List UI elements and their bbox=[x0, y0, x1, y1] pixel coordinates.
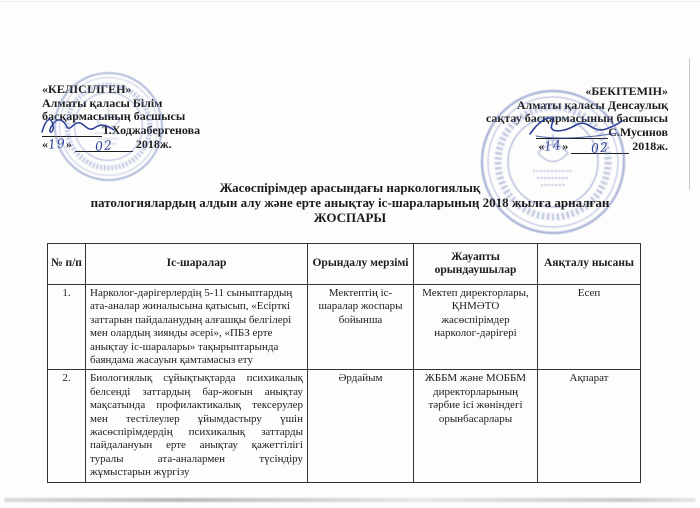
signature-line: Т.Ходжабергенова bbox=[42, 124, 200, 138]
title-line: ЖОСПАРЫ bbox=[0, 211, 700, 226]
signature-line: С.Мусинов bbox=[486, 126, 668, 140]
handwritten-day: 14 bbox=[544, 138, 563, 153]
month-blank: 02 bbox=[75, 139, 133, 152]
signer-name: Т.Ходжабергенова bbox=[102, 123, 200, 137]
approval-status-agreed: «КЕЛІСІЛГЕН» bbox=[42, 83, 200, 97]
date-line: «14» 02 2018ж. bbox=[486, 139, 668, 154]
scan-edge-artifact bbox=[4, 498, 696, 502]
year-label: 2018ж. bbox=[136, 137, 172, 151]
scan-edge-artifact bbox=[0, 1, 700, 2]
date-line: «19» 02 2018ж. bbox=[42, 137, 200, 152]
scanned-document-page: «КЕЛІСІЛГЕН» Алматы қаласы Білім басқарм… bbox=[0, 0, 700, 508]
form-cell: Ақпарат bbox=[538, 370, 641, 482]
header-cell-form: Аяқталу нысаны bbox=[538, 244, 641, 285]
signer-name: С.Мусинов bbox=[608, 125, 668, 139]
signature-blank bbox=[42, 124, 102, 137]
org-name-line: сақтау басқармасының басшысы bbox=[486, 112, 668, 126]
signature-blank bbox=[536, 126, 608, 139]
table-row: 2. Биологиялық сұйықтықтарда психикалық … bbox=[48, 370, 641, 482]
approval-status-approved: «БЕКІТЕМІН» bbox=[486, 85, 668, 99]
month-blank: 02 bbox=[571, 141, 629, 154]
table-row: 1. Нарколог-дәрігерлердің 5-11 сыныптард… bbox=[48, 285, 641, 370]
header-cell-responsible: Жауапты орындаушылар bbox=[414, 244, 538, 285]
term-cell: Әрдайым bbox=[308, 370, 414, 482]
quote-close: » bbox=[66, 137, 72, 151]
quote-close: » bbox=[562, 139, 568, 153]
document-title: Жасөспірімдер арасындағы наркологиялық п… bbox=[0, 181, 700, 225]
scan-edge-artifact bbox=[689, 58, 690, 190]
term-cell: Мектептің іс-шаралар жоспары бойынша bbox=[308, 285, 414, 370]
row-number-cell: 2. bbox=[48, 370, 86, 482]
table-header-row: № п/п Іс-шаралар Орындалу мерзімі Жауапт… bbox=[48, 244, 641, 285]
plan-table: № п/п Іс-шаралар Орындалу мерзімі Жауапт… bbox=[47, 243, 641, 483]
title-line: патологиялардың алдын алу және ерте анық… bbox=[0, 196, 700, 211]
header-cell-activities: Іс-шаралар bbox=[86, 244, 308, 285]
year-label: 2018ж. bbox=[632, 139, 668, 153]
activity-cell: Биологиялық сұйықтықтарда психикалық бел… bbox=[86, 370, 308, 482]
responsible-cell: Мектеп директорлары, ҚНМӘТО жасөспірімде… bbox=[414, 285, 538, 370]
approval-block-agreed: «КЕЛІСІЛГЕН» Алматы қаласы Білім басқарм… bbox=[42, 83, 200, 152]
header-cell-term: Орындалу мерзімі bbox=[308, 244, 414, 285]
title-line: Жасөспірімдер арасындағы наркологиялық bbox=[0, 181, 700, 196]
form-cell: Есеп bbox=[538, 285, 641, 370]
approval-block-approved: «БЕКІТЕМІН» Алматы қаласы Денсаулық сақт… bbox=[486, 85, 668, 154]
org-name-line: Алматы қаласы Білім bbox=[42, 97, 200, 111]
org-name-line: басқармасының басшысы bbox=[42, 110, 200, 124]
header-cell-number: № п/п bbox=[48, 244, 86, 285]
org-name-line: Алматы қаласы Денсаулық bbox=[486, 99, 668, 113]
activity-cell: Нарколог-дәрігерлердің 5-11 сыныптардың … bbox=[86, 285, 308, 370]
row-number-cell: 1. bbox=[48, 285, 86, 370]
responsible-cell: ЖББМ және МОББМ директорларының тәрбие і… bbox=[414, 370, 538, 482]
handwritten-month: 02 bbox=[591, 140, 610, 155]
handwritten-day: 19 bbox=[47, 136, 66, 151]
handwritten-month: 02 bbox=[94, 138, 113, 153]
